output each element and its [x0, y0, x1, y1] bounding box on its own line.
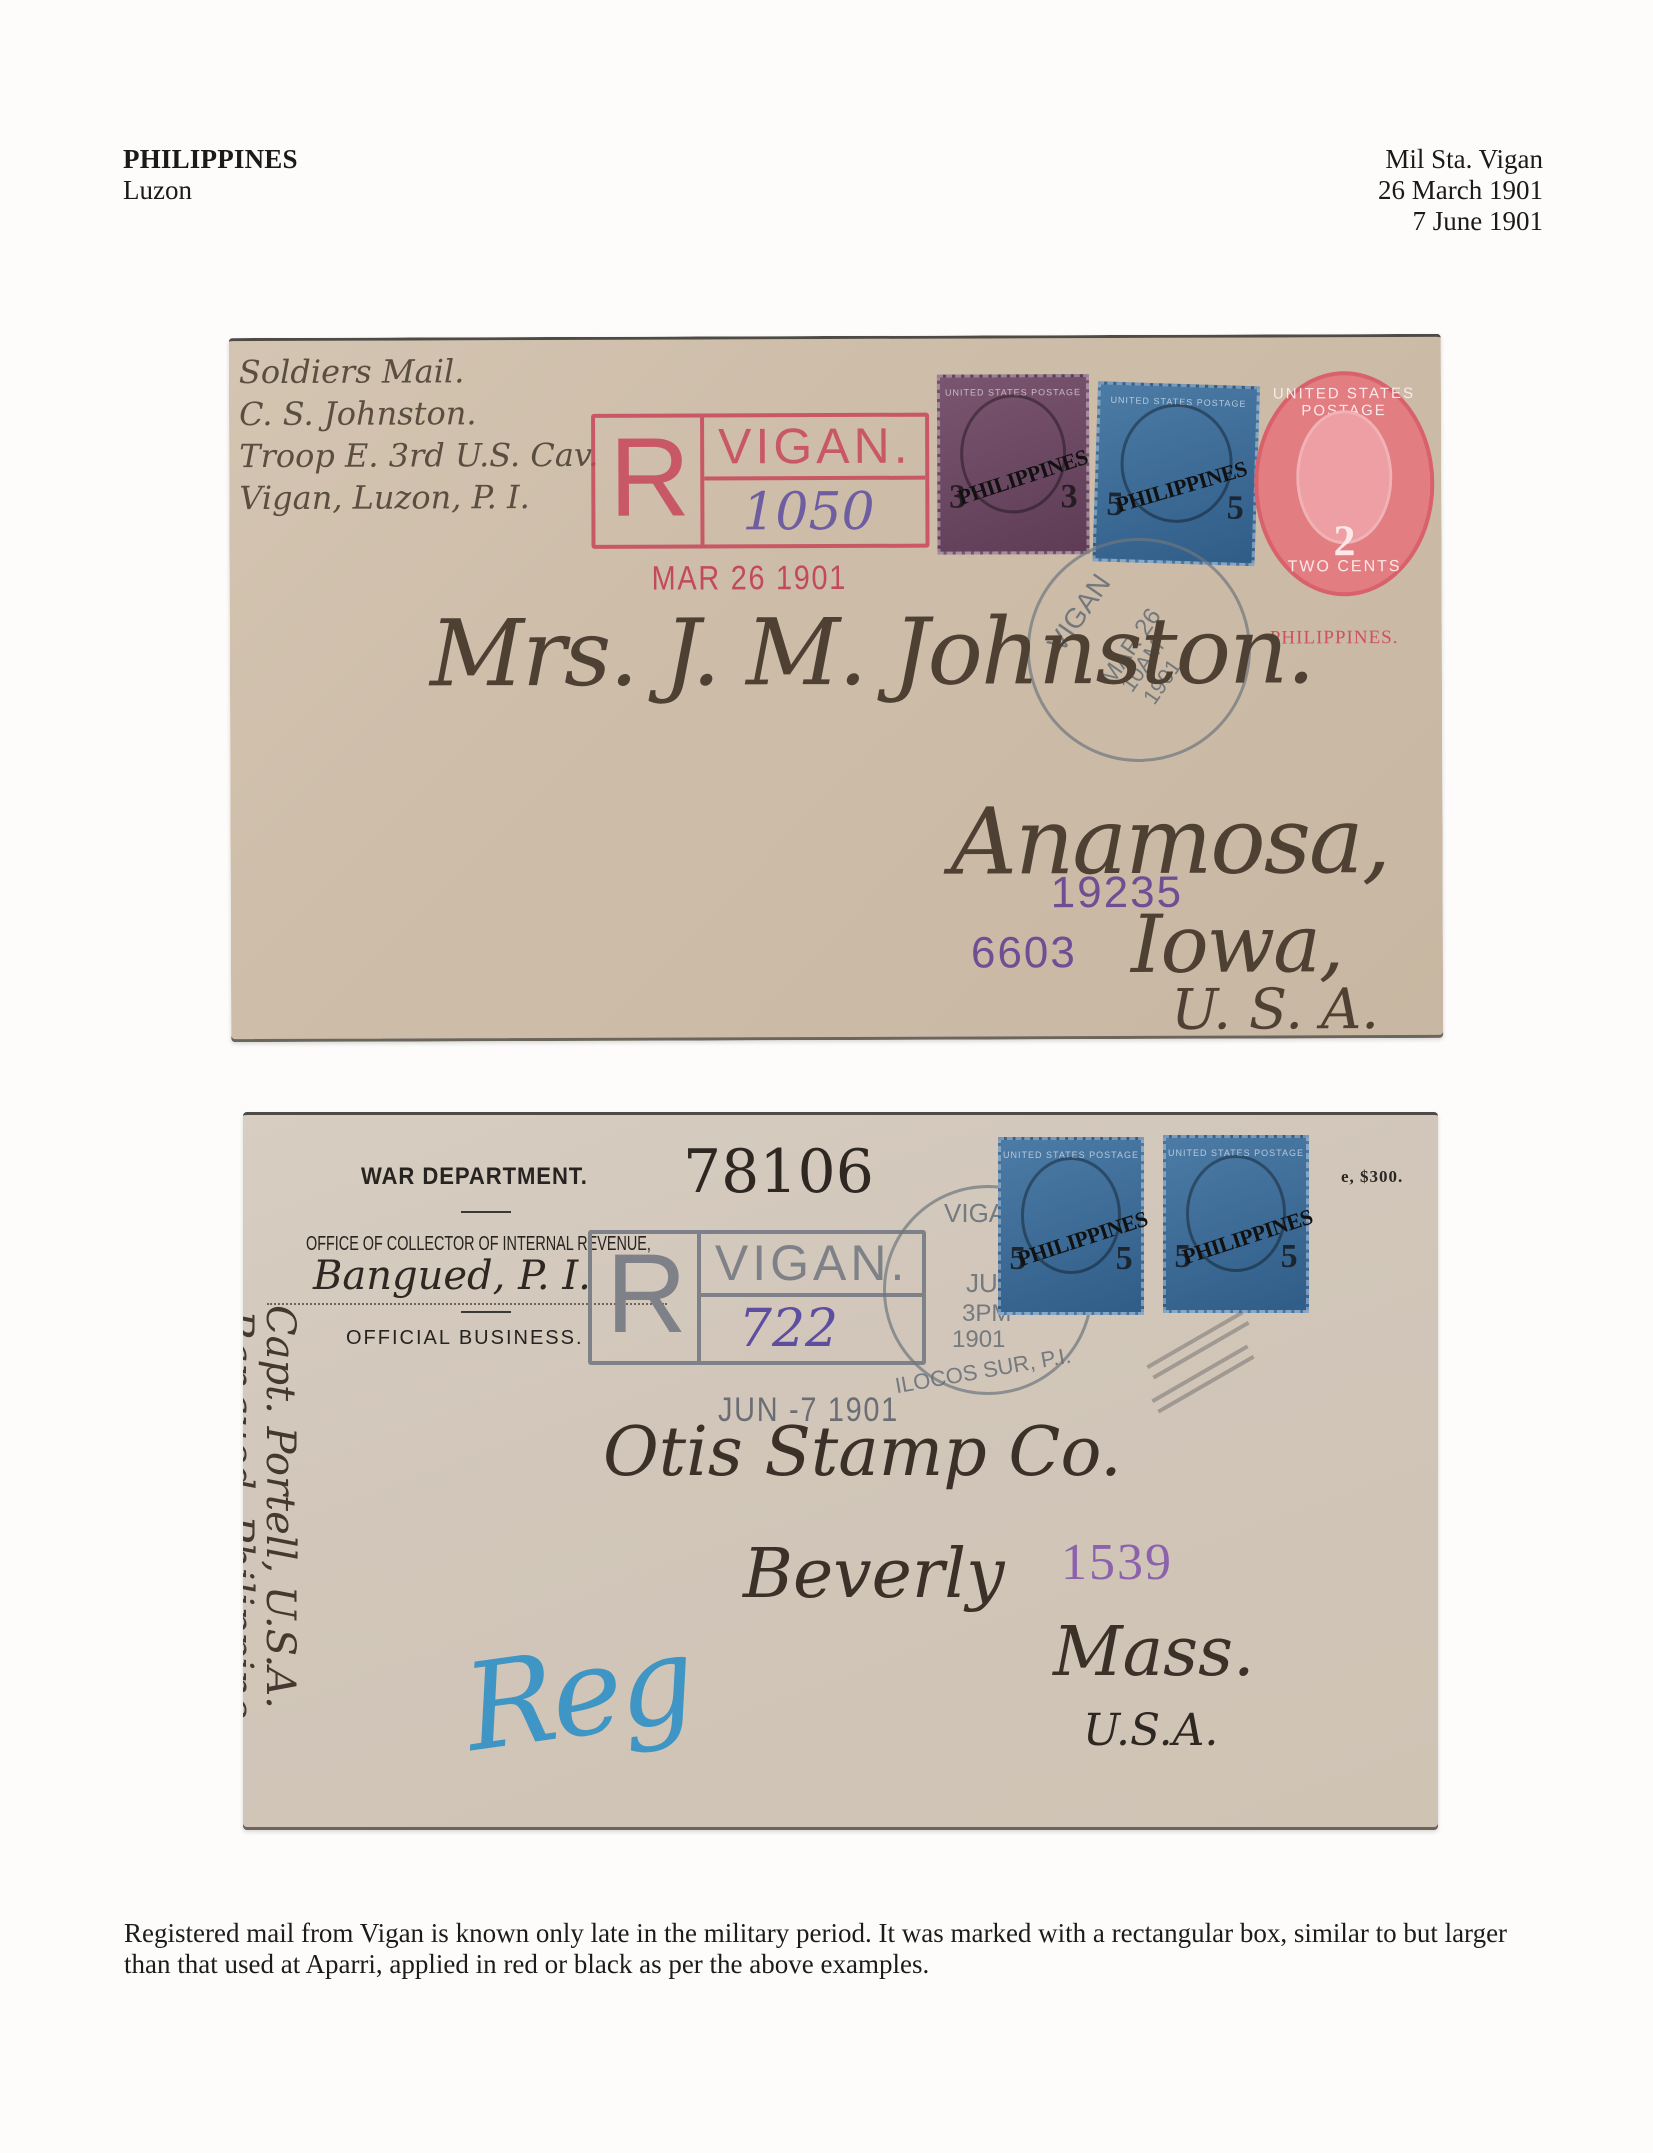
stamp-value: 5	[1226, 490, 1244, 529]
stamp-value: 5	[1116, 1240, 1133, 1278]
address-line-city: Beverly	[743, 1535, 1005, 1614]
divider	[461, 1311, 511, 1313]
address-line-name: Otis Stamp Co.	[603, 1413, 1122, 1492]
stamp-5-cents: UNITED STATES POSTAGE 5 5 PHILIPPINES	[1092, 381, 1260, 566]
cover-2-envelope: WAR DEPARTMENT. OFFICE OF COLLECTOR OF I…	[243, 1112, 1438, 1830]
receiving-number: 1539	[1061, 1533, 1173, 1592]
registration-letter: R	[595, 417, 704, 544]
sender-vertical-line-2: Bangued, Philippine	[243, 1310, 261, 1720]
sender-line: Soldiers Mail.	[239, 350, 598, 393]
indicium-legend-bottom: TWO CENTS	[1259, 558, 1431, 577]
cover-1-envelope: Soldiers Mail. C. S. Johnston. Troop E. …	[229, 334, 1443, 1042]
address-line-country: U. S. A.	[1171, 977, 1379, 1042]
corner-card-title: WAR DEPARTMENT.	[361, 1163, 588, 1191]
divider	[461, 1211, 511, 1213]
corner-card-footer: OFFICIAL BUSINESS.	[346, 1327, 584, 1350]
sender-address: Soldiers Mail. C. S. Johnston. Troop E. …	[239, 350, 599, 519]
registration-box: R VIGAN. 1050	[591, 413, 930, 549]
exhibit-caption: Registered mail from Vigan is known only…	[124, 1918, 1544, 1980]
region-subtitle: Luzon	[123, 175, 298, 206]
date-second: 7 June 1901	[1378, 206, 1543, 237]
sender-line: C. S. Johnston.	[239, 392, 598, 435]
stamp-value: 3	[1061, 478, 1078, 516]
sender-line: Troop E. 3rd U.S. Cav.	[239, 434, 598, 477]
sender-line: Vigan, Luzon, P. I.	[239, 476, 598, 519]
country-title: PHILIPPINES	[123, 144, 298, 175]
registration-town: VIGAN.	[704, 417, 926, 481]
stamped-envelope-indicium: UNITED STATES POSTAGE 2 TWO CENTS	[1254, 371, 1435, 597]
stamp-5-cents: UNITED STATES POSTAGE 5 5 PHILIPPINES	[1163, 1135, 1309, 1313]
sender-vertical-line-1: Capt. Portell, U.S.A.	[257, 1305, 303, 1709]
registration-number: 1050	[704, 480, 926, 545]
address-line-name: Mrs. J. M. Johnston.	[430, 597, 1314, 707]
date-first: 26 March 1901	[1378, 175, 1543, 206]
penalty-clause: e, $300.	[1341, 1167, 1403, 1187]
receiving-number-1: 19235	[1051, 868, 1184, 918]
page-header-right: Mil Sta. Vigan 26 March 1901 7 June 1901	[1378, 144, 1543, 237]
address-line-country: U.S.A.	[1083, 1705, 1218, 1756]
handwritten-number: 78106	[683, 1137, 874, 1207]
postmark-year: 1901	[952, 1326, 1005, 1354]
address-line-state: Mass.	[1053, 1613, 1255, 1692]
stamp-5-cents: UNITED STATES POSTAGE 5 5 PHILIPPINES	[998, 1137, 1144, 1315]
corner-card-place: Bangued, P. I.	[313, 1253, 591, 1299]
page-header-left: PHILIPPINES Luzon	[123, 144, 298, 206]
registration-letter: R	[592, 1234, 701, 1361]
registration-date: MAR 26 1901	[652, 559, 848, 599]
station-name: Mil Sta. Vigan	[1378, 144, 1543, 175]
registration-box: R VIGAN. 722	[588, 1230, 926, 1365]
blue-crayon-reg: Reg	[456, 1610, 699, 1779]
stamp-3-cents: UNITED STATES POSTAGE 3 3 PHILIPPINES	[937, 374, 1090, 555]
stamp-value: 5	[1281, 1238, 1298, 1276]
receiving-number-2: 6603	[971, 928, 1077, 978]
